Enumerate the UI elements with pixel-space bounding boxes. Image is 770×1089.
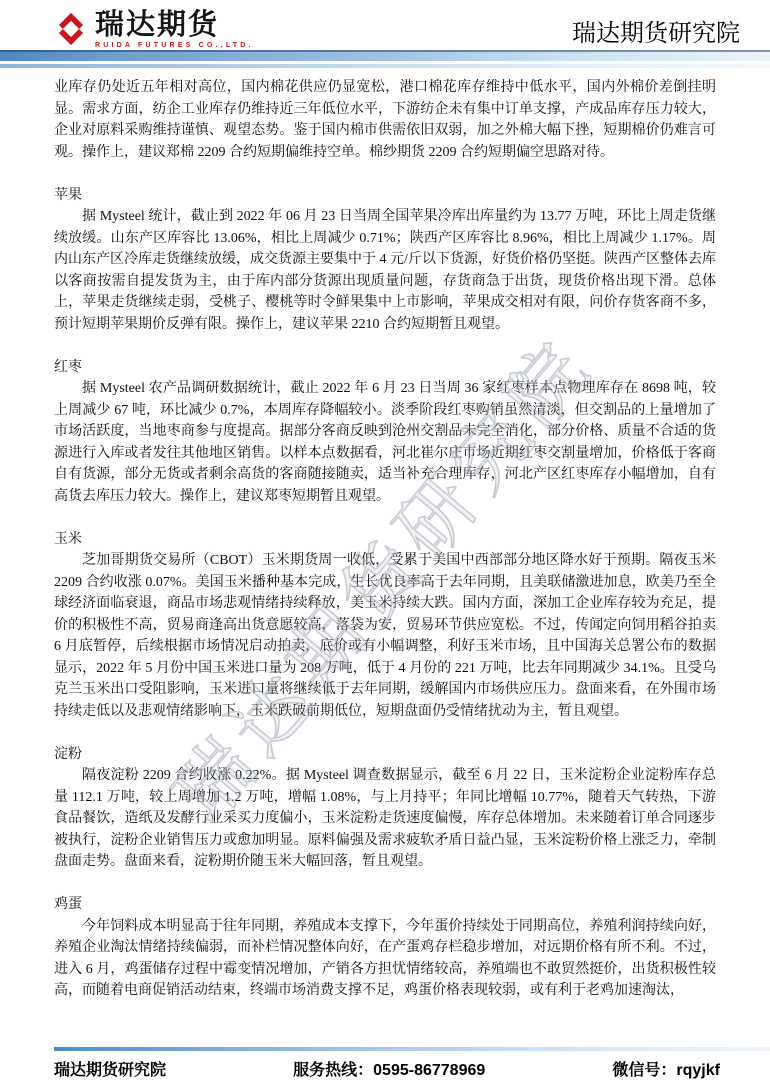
header-divider-bar [0, 50, 770, 61]
brand-name-cn: 瑞达期货 [95, 10, 254, 40]
brand-name-en: RUIDA FUTURES CO.,LTD. [95, 42, 254, 49]
section-corn: 玉米 芝加哥期货交易所（CBOT）玉米期货周一收低，受累于美国中西部部分地区降水… [54, 529, 716, 723]
section-title-starch: 淀粉 [54, 744, 716, 766]
footer-wechat-id: rqyjkf [676, 1062, 720, 1079]
report-footer: 瑞达期货研究院 服务热线：0595-86778969 微信号：rqyjkf [54, 1059, 720, 1083]
footer-wechat-label: 微信号： [612, 1062, 676, 1079]
section-apple: 苹果 据 Mysteel 统计，截止到 2022 年 06 月 23 日当周全国… [54, 185, 716, 336]
footer-hotline-label: 服务热线： [293, 1062, 373, 1079]
brand-text: 瑞达期货 RUIDA FUTURES CO.,LTD. [95, 10, 254, 49]
report-page: 瑞达期货 RUIDA FUTURES CO.,LTD. 瑞达期货研究院 业库存仍… [0, 0, 770, 1089]
section-title-red-dates: 红枣 [54, 357, 716, 379]
footer-institute: 瑞达期货研究院 [54, 1059, 166, 1083]
brand: 瑞达期货 RUIDA FUTURES CO.,LTD. [52, 10, 254, 49]
section-red-dates: 红枣 据 Mysteel 农产品调研数据统计，截止 2022 年 6 月 23 … [54, 357, 716, 508]
footer-wechat: 微信号：rqyjkf [612, 1059, 720, 1083]
ruida-logo-icon [52, 10, 90, 48]
section-body-eggs: 今年饲料成本明显高于往年同期，养殖成本支撑下，今年蛋价持续处于同期高位，养殖利润… [54, 916, 716, 1002]
report-body: 业库存仍处近五年相对高位，国内棉花供应仍显宽松，港口棉花库存维持中低水平，国内外… [0, 68, 770, 1002]
footer-hotline: 服务热线：0595-86778969 [293, 1059, 485, 1083]
header-institute-title: 瑞达期货研究院 [572, 22, 740, 49]
section-title-apple: 苹果 [54, 185, 716, 207]
footer-divider-line [54, 1047, 770, 1051]
section-body-starch: 隔夜淀粉 2209 合约收涨 0.22%。据 Mysteel 调查数据显示，截至… [54, 765, 716, 873]
section-body-apple: 据 Mysteel 统计，截止到 2022 年 06 月 23 日当周全国苹果冷… [54, 206, 716, 335]
section-body-red-dates: 据 Mysteel 农产品调研数据统计，截止 2022 年 6 月 23 日当周… [54, 378, 716, 507]
intro-paragraph: 业库存仍处近五年相对高位，国内棉花供应仍显宽松，港口棉花库存维持中低水平，国内外… [54, 77, 716, 163]
section-body-corn: 芝加哥期货交易所（CBOT）玉米期货周一收低，受累于美国中西部部分地区降水好于预… [54, 550, 716, 722]
report-header: 瑞达期货 RUIDA FUTURES CO.,LTD. 瑞达期货研究院 [0, 0, 770, 50]
section-eggs: 鸡蛋 今年饲料成本明显高于往年同期，养殖成本支撑下，今年蛋价持续处于同期高位，养… [54, 894, 716, 1002]
section-starch: 淀粉 隔夜淀粉 2209 合约收涨 0.22%。据 Mysteel 调查数据显示… [54, 744, 716, 873]
footer-hotline-number: 0595-86778969 [373, 1062, 485, 1079]
section-title-eggs: 鸡蛋 [54, 894, 716, 916]
section-title-corn: 玉米 [54, 529, 716, 551]
